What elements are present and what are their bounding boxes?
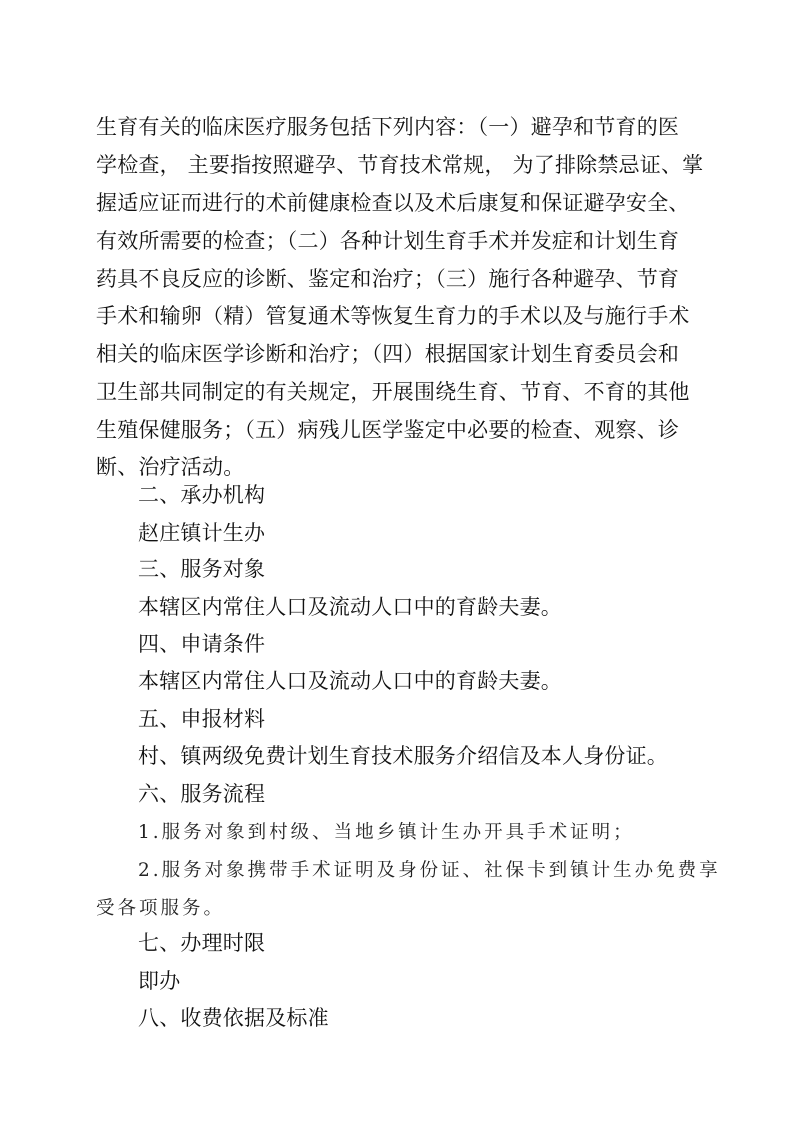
section-body: 村、镇两级免费计划生育技术服务介绍信及本人身份证。 <box>138 743 748 769</box>
section-body: 赵庄镇计生办 <box>138 520 748 546</box>
intro-line: 生殖保健服务；（五）病残儿医学鉴定中必要的检查、观察、诊 <box>96 417 706 443</box>
section-heading-materials: 五、申报材料 <box>138 706 748 732</box>
intro-line: 相关的临床医学诊断和治疗；（四）根据国家计划生育委员会和 <box>96 341 706 367</box>
intro-line: 生育有关的临床医疗服务包括下列内容：（一）避孕和节育的医 <box>96 114 706 140</box>
intro-line: 有效所需要的检查；（二）各种计划生育手术并发症和计划生育 <box>96 228 706 254</box>
document-page: 生育有关的临床医疗服务包括下列内容：（一）避孕和节育的医 学检查， 主要指按照避… <box>0 0 793 1122</box>
intro-line: 药具不良反应的诊断、鉴定和治疗；（三）施行各种避孕、节育 <box>96 266 706 292</box>
intro-line: 握适应证而进行的术前健康检查以及术后康复和保证避孕安全、 <box>96 190 706 216</box>
section-heading-time-limit: 七、办理时限 <box>138 930 748 956</box>
section-heading-process: 六、服务流程 <box>138 781 748 807</box>
intro-line: 手术和输卵（精）管复通术等恢复生育力的手术以及与施行手术 <box>96 303 706 329</box>
section-heading-service-target: 三、服务对象 <box>138 556 748 582</box>
process-step-continued: 受各项服务。 <box>96 896 706 922</box>
intro-line: 卫生部共同制定的有关规定，开展围绕生育、节育、不育的其他 <box>96 379 706 405</box>
intro-line: 断、治疗活动。 <box>96 454 706 480</box>
process-step: 1.服务对象到村级、当地乡镇计生办开具手术证明； <box>138 820 748 846</box>
section-body: 本辖区内常住人口及流动人口中的育龄夫妻。 <box>138 668 748 694</box>
section-heading-organizer: 二、承办机构 <box>138 482 748 508</box>
section-body: 即办 <box>138 968 748 994</box>
process-step: 2.服务对象携带手术证明及身份证、社保卡到镇计生办免费享 <box>138 858 748 884</box>
intro-line: 学检查， 主要指按照避孕、节育技术常规， 为了排除禁忌证、掌 <box>96 152 706 178</box>
section-body: 本辖区内常住人口及流动人口中的育龄夫妻。 <box>138 594 748 620</box>
section-heading-conditions: 四、申请条件 <box>138 631 748 657</box>
section-heading-fees: 八、收费依据及标准 <box>138 1005 748 1031</box>
